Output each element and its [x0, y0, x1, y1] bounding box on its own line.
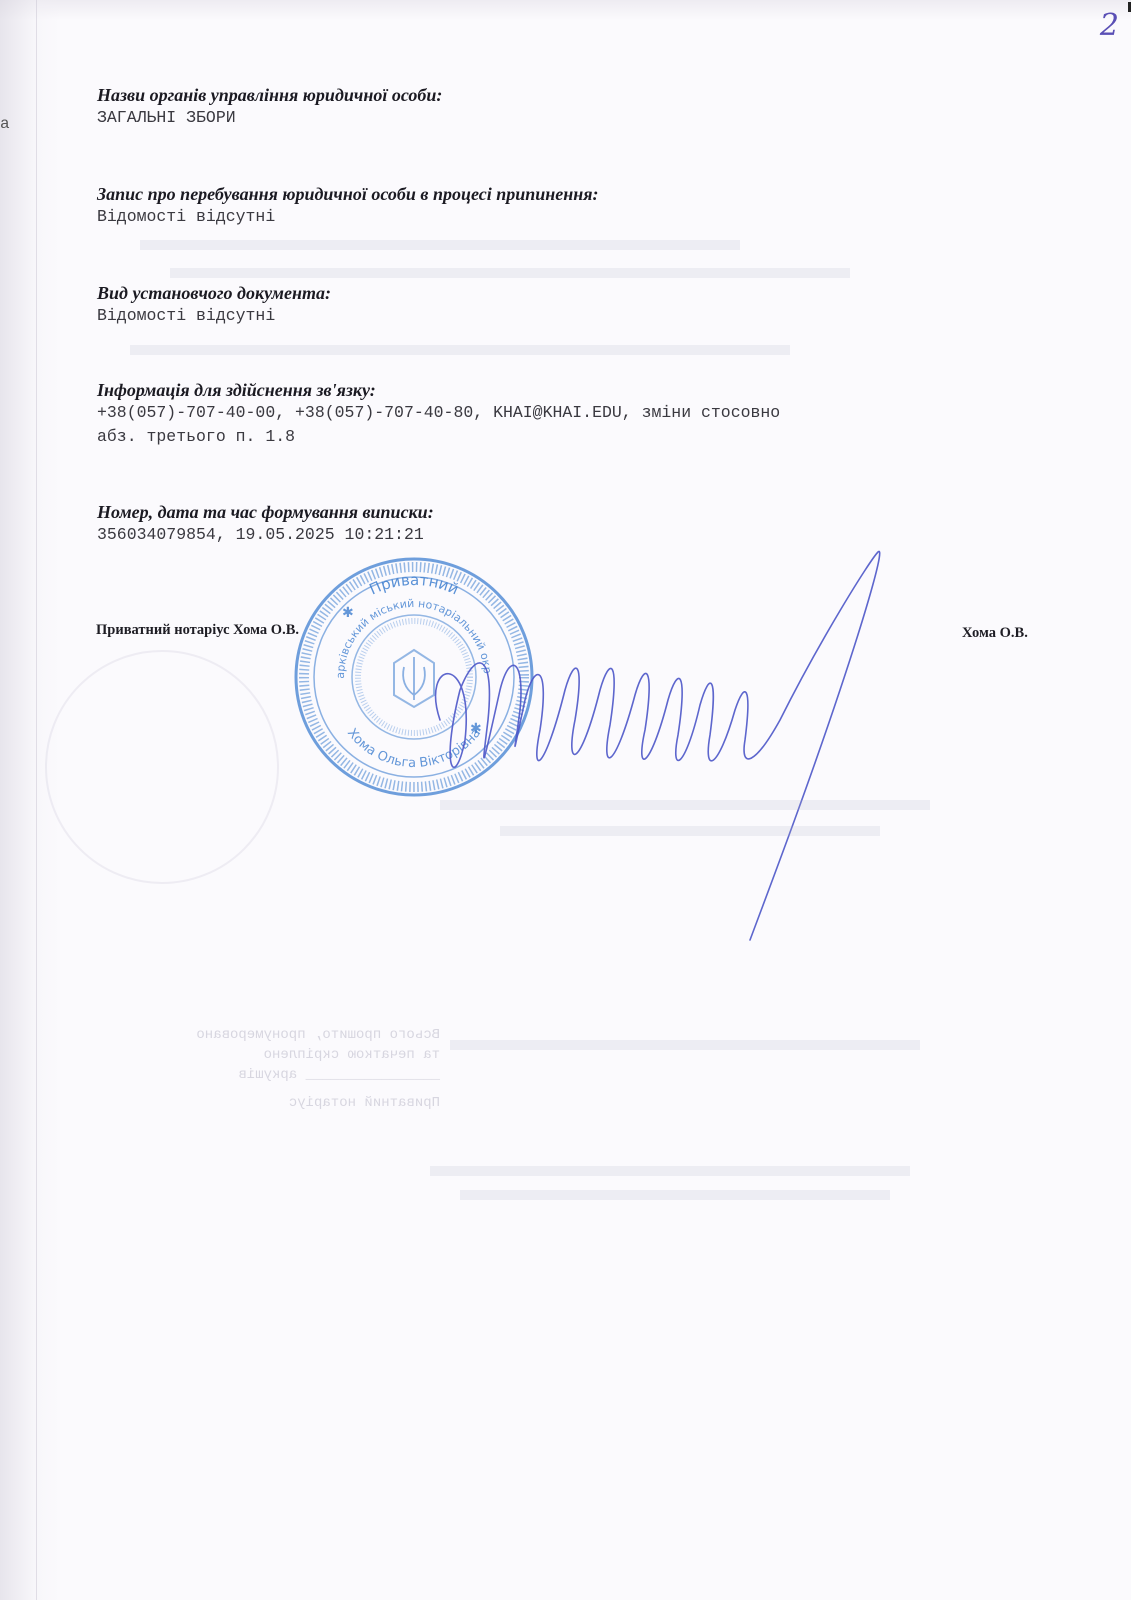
section-label: Запис про перебування юридичної особи в …: [97, 183, 1037, 205]
bleed-stripe: [500, 826, 880, 836]
margin-letter: а: [0, 115, 10, 133]
bleed-line: та печаткою скріплено: [140, 1045, 440, 1065]
bleed-line: ________________ аркушів: [140, 1065, 440, 1085]
bleed-line: Приватний нотаріус: [140, 1093, 440, 1113]
reverse-side-bleed-text: Всього прошито, пронумеровано та печатко…: [140, 1025, 440, 1113]
section-value: Відомості відсутні: [97, 304, 1037, 328]
handwritten-page-number: 2: [1100, 8, 1119, 43]
bleed-stripe: [460, 1190, 890, 1200]
section-value: ЗАГАЛЬНІ ЗБОРИ: [97, 106, 1037, 130]
section-label: Номер, дата та час формування виписки:: [97, 501, 1037, 523]
section-value: +38(057)-707-40-00, +38(057)-707-40-80, …: [97, 401, 1037, 449]
section-governing-bodies: Назви органів управління юридичної особи…: [97, 84, 1037, 130]
bleed-stripe: [450, 1040, 920, 1050]
section-contact-info: Інформація для здійснення зв'язку: +38(0…: [97, 379, 1037, 449]
section-value: Відомості відсутні: [97, 205, 1037, 229]
svg-text:✱: ✱: [342, 606, 354, 621]
bleed-line: Всього прошито, пронумеровано: [140, 1025, 440, 1045]
section-label: Назви органів управління юридичної особи…: [97, 84, 1037, 106]
notary-name: Хома О.В.: [962, 625, 1028, 642]
section-label: Вид установчого документа:: [97, 282, 1037, 304]
ghost-stamp-bleed: [45, 650, 279, 884]
bleed-stripe: [440, 800, 930, 810]
bleed-stripe: [130, 345, 790, 355]
handwritten-signature-icon: [400, 540, 900, 960]
bleed-stripe: [170, 268, 850, 278]
bleed-stripe: [140, 240, 740, 250]
section-founding-document: Вид установчого документа: Відомості від…: [97, 282, 1037, 328]
bleed-stripe: [430, 1166, 910, 1176]
section-termination-record: Запис про перебування юридичної особи в …: [97, 183, 1037, 229]
notary-label: Приватний нотаріус Хома О.В.: [96, 622, 299, 639]
section-label: Інформація для здійснення зв'язку:: [97, 379, 1037, 401]
page-fold-line: [36, 0, 37, 1600]
